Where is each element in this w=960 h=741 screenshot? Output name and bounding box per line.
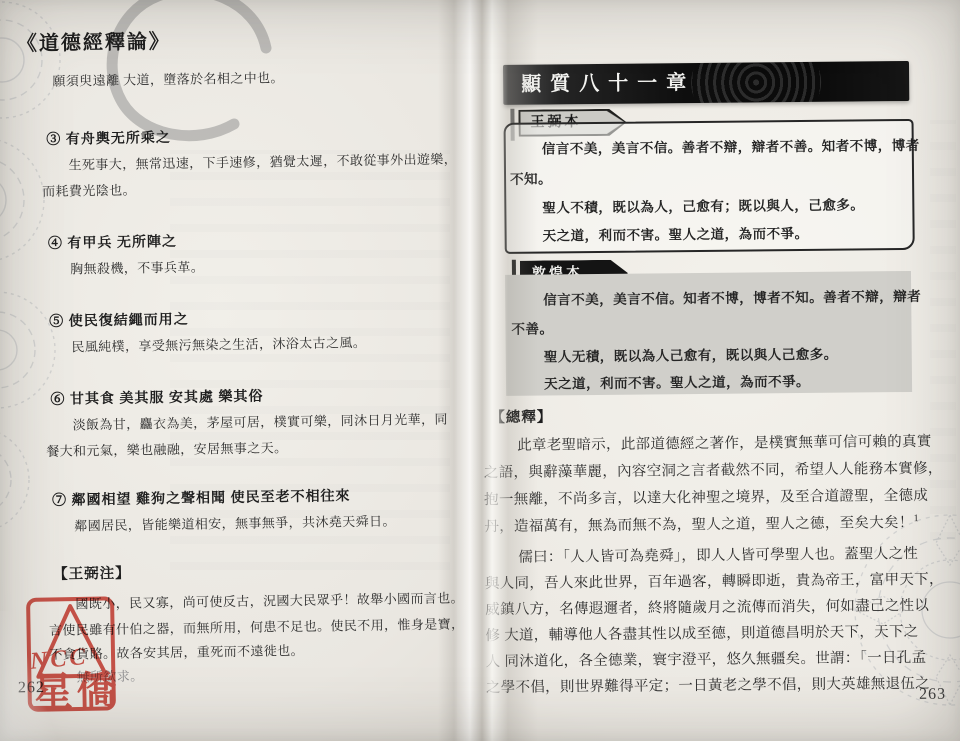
- text-line: 信言不美，美言不信。知者不博，博者不知。善者不辯，辯者: [515, 285, 921, 309]
- text-line: 與人同，吾人來此世界，百年過客，轉瞬即逝，貴為帝王，富甲天下，: [485, 568, 944, 593]
- book-scan: 《道德經釋論》 願須臾遠離 大道，墮落於名相之中也。 ③ 有舟輿无所乘之 生死事…: [0, 0, 960, 741]
- text-line: 此章老聖暗示，此部道德經之著作，是樸實無華可信可賴的真實: [488, 430, 932, 455]
- text-line: 天之道，利而不害。聖人之道，為而不爭。: [515, 222, 809, 245]
- text-line: 天之道，利而不害。聖人之道，為而不爭。: [516, 370, 810, 393]
- text-line: 儒曰：「人人皆可為堯舜」，即人人皆可學聖人也。蓋聖人之性: [489, 542, 919, 567]
- chapter-banner: 顯質八十一章: [503, 61, 909, 105]
- text-line-content: 丹，造福萬有，無為而無不為，聖人之道，聖人之德，至矣大矣！: [484, 515, 913, 535]
- text-line: 修 大道，輔導他人各盡其性以成至德，則道德昌明於天下，天下之: [485, 620, 918, 645]
- stamp-name: 星僑: [32, 659, 121, 718]
- footnote-marker: 1: [913, 513, 918, 524]
- text-line: 不知。: [510, 167, 552, 187]
- text-line: 不善。: [511, 317, 553, 337]
- text-line: 人 同沐道化，各全德業，寰宇澄平，悠久無疆矣。世謂：「一日孔孟: [486, 646, 927, 671]
- right-page-number: 263: [919, 686, 946, 704]
- banner-medallion-icon: [691, 61, 822, 105]
- text-line: 聖人无積，既以為人己愈有，既以與人己愈多。: [516, 343, 838, 366]
- right-page: 顯質八十一章 王弼本 信言不美，美言不信。善者不辯，辯者不善。知者不博，博者 不…: [0, 0, 960, 741]
- chapter-title: 顯質八十一章: [521, 63, 695, 105]
- red-stamp: NCC 星僑: [25, 595, 131, 713]
- text-line: 之學不倡，則世界難得平定；一日黃老之學不倡，則大英雄無退伍之: [486, 672, 930, 697]
- text-line: 信言不美，美言不信。善者不辯，辯者不善。知者不博，博者: [514, 134, 920, 158]
- text-line: 抱一無離，不尚多言，以達大化神聖之境界，及至合道證聖，全德成: [484, 484, 928, 509]
- summary-header: 【總釋】: [490, 405, 552, 427]
- text-line: 聖人不積，既以為人，己愈有；既以與人，己愈多。: [514, 193, 864, 216]
- text-line: 威鎮八方，名傳遐邇者，終將隨歲月之流傳而消失，何如盡己之性以: [485, 594, 929, 619]
- text-line: 之語，與辭藻華麗，內容空洞之言者截然不同，希望人人能務本實修，: [484, 457, 943, 482]
- text-line: 丹，造福萬有，無為而無不為，聖人之道，聖人之德，至矣大矣！1: [484, 511, 919, 536]
